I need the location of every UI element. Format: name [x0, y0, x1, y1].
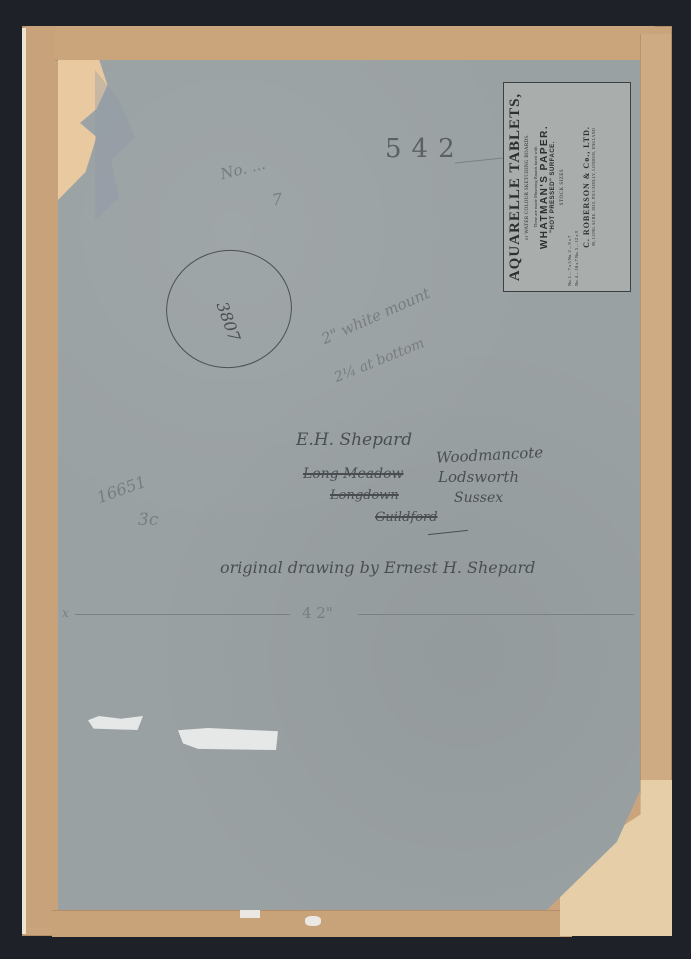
aquarelle-tablets-label: AQUARELLE TABLETS, or WATER COLOUR SKETC… — [503, 82, 631, 292]
left-mark: x — [62, 606, 69, 620]
struck-address-3: Guildford — [375, 510, 438, 525]
label-surface: "HOT PRESSED" SURFACE. — [550, 84, 556, 290]
abrasion-mark — [305, 916, 321, 926]
tape-left — [26, 26, 59, 928]
label-note: These are made Mounting Boards faced wit… — [533, 84, 538, 290]
label-sizes-table: No. 1 ... 7 x 5 No. 2 ... 9 x 7 — [567, 88, 572, 286]
abrasion-mark — [178, 728, 278, 750]
tape-top — [55, 26, 655, 61]
label-title: AQUARELLE TABLETS, — [507, 84, 524, 290]
abrasion-mark — [240, 910, 260, 918]
address-line-3: Sussex — [454, 490, 503, 506]
address-line-2: Lodsworth — [438, 468, 519, 486]
artist-name: E.H. Shepard — [296, 430, 412, 450]
struck-address-2: Longdown — [330, 488, 399, 503]
struck-address-1: Long Meadow — [303, 466, 404, 482]
attribution-line: original drawing by Ernest H. Shepard — [220, 558, 535, 577]
label-brand: WHATMAN'S PAPER. — [539, 84, 550, 290]
measurement-line-right — [358, 614, 634, 615]
label-size-row: No. 4 ... 10 x 7 No. 5 ... 12 x 9 — [574, 231, 579, 286]
label-sizes-heading: STOCK SIZES — [560, 84, 565, 290]
side-code: 3c — [138, 510, 158, 530]
label-subtitle: or WATER COLOUR SKETCHING BOARDS. — [525, 84, 530, 290]
measurement-label: 4 2" — [302, 604, 333, 622]
label-size-row: No. 1 ... 7 x 5 No. 2 ... 9 x 7 — [567, 236, 572, 286]
inventory-number: 542 — [385, 134, 465, 164]
label-sizes-table: No. 4 ... 10 x 7 No. 5 ... 12 x 9 — [574, 88, 579, 286]
label-maker: C. ROBERSON & Co., LTD. — [582, 84, 591, 290]
measurement-line-left — [75, 614, 290, 615]
tape-right — [640, 34, 671, 794]
label-address: 99, LONG ACRE, 1810, PICCADILLY, LONDON,… — [591, 84, 596, 290]
